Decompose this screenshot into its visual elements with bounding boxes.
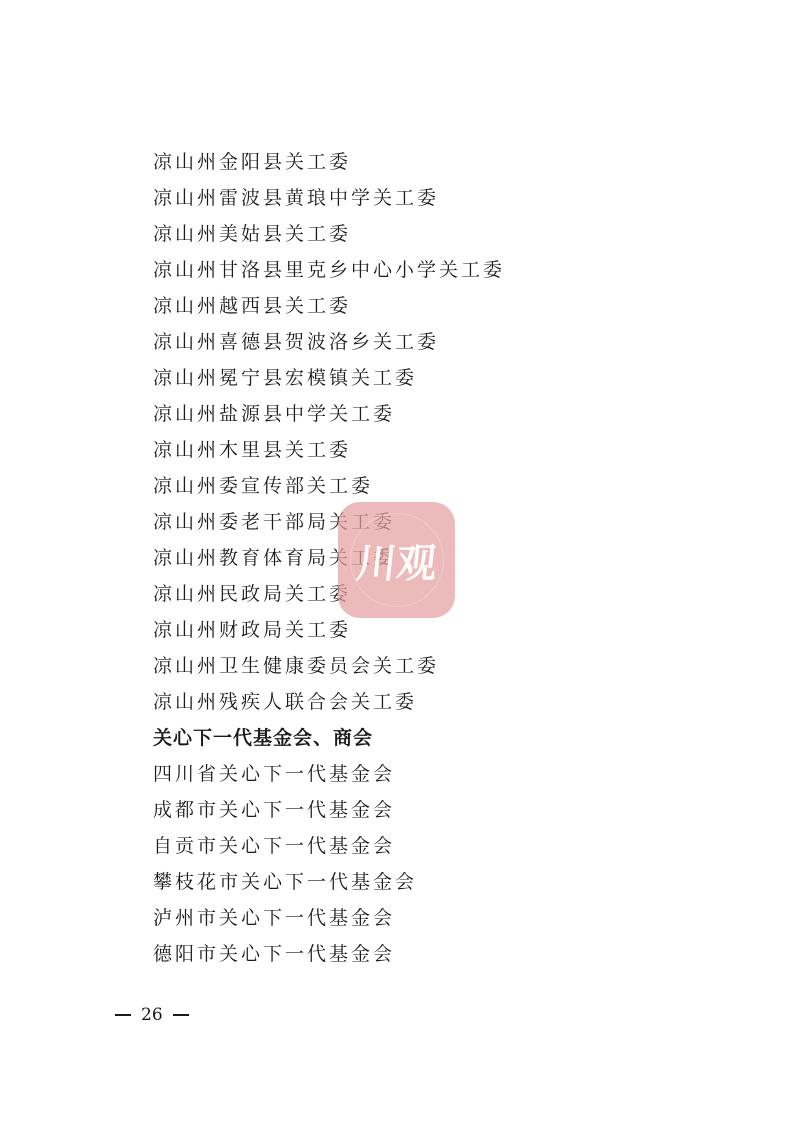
- watermark-logo: 川观: [338, 502, 455, 618]
- list-item: 凉山州喜德县贺波洛乡关工委: [153, 324, 505, 360]
- list-item: 凉山州美姑县关工委: [153, 216, 505, 252]
- list-item: 凉山州雷波县黄琅中学关工委: [153, 180, 505, 216]
- dash-right: [173, 1014, 189, 1016]
- dash-left: [115, 1014, 131, 1016]
- list-item: 凉山州残疾人联合会关工委: [153, 684, 505, 720]
- list-item: 凉山州委宣传部关工委: [153, 468, 505, 504]
- list-item: 凉山州甘洛县里克乡中心小学关工委: [153, 252, 505, 288]
- list-item: 凉山州卫生健康委员会关工委: [153, 648, 505, 684]
- list-item: 凉山州财政局关工委: [153, 612, 505, 648]
- list-item: 凉山州冕宁县宏模镇关工委: [153, 360, 505, 396]
- list-item: 凉山州盐源县中学关工委: [153, 396, 505, 432]
- page-number-value: 26: [141, 1005, 163, 1025]
- list-item: 泸州市关心下一代基金会: [153, 900, 505, 936]
- list-item: 德阳市关心下一代基金会: [153, 936, 505, 972]
- list-item: 攀枝花市关心下一代基金会: [153, 864, 505, 900]
- document-page: 凉山州金阳县关工委 凉山州雷波县黄琅中学关工委 凉山州美姑县关工委 凉山州甘洛县…: [0, 0, 793, 1122]
- page-number: 26: [115, 1005, 189, 1025]
- list-item: 凉山州越西县关工委: [153, 288, 505, 324]
- list-item: 凉山州金阳县关工委: [153, 144, 505, 180]
- list-item: 凉山州木里县关工委: [153, 432, 505, 468]
- section-heading: 关心下一代基金会、商会: [153, 720, 505, 756]
- watermark-text: 川观: [354, 532, 440, 589]
- list-item: 四川省关心下一代基金会: [153, 756, 505, 792]
- list-item: 成都市关心下一代基金会: [153, 792, 505, 828]
- list-item: 自贡市关心下一代基金会: [153, 828, 505, 864]
